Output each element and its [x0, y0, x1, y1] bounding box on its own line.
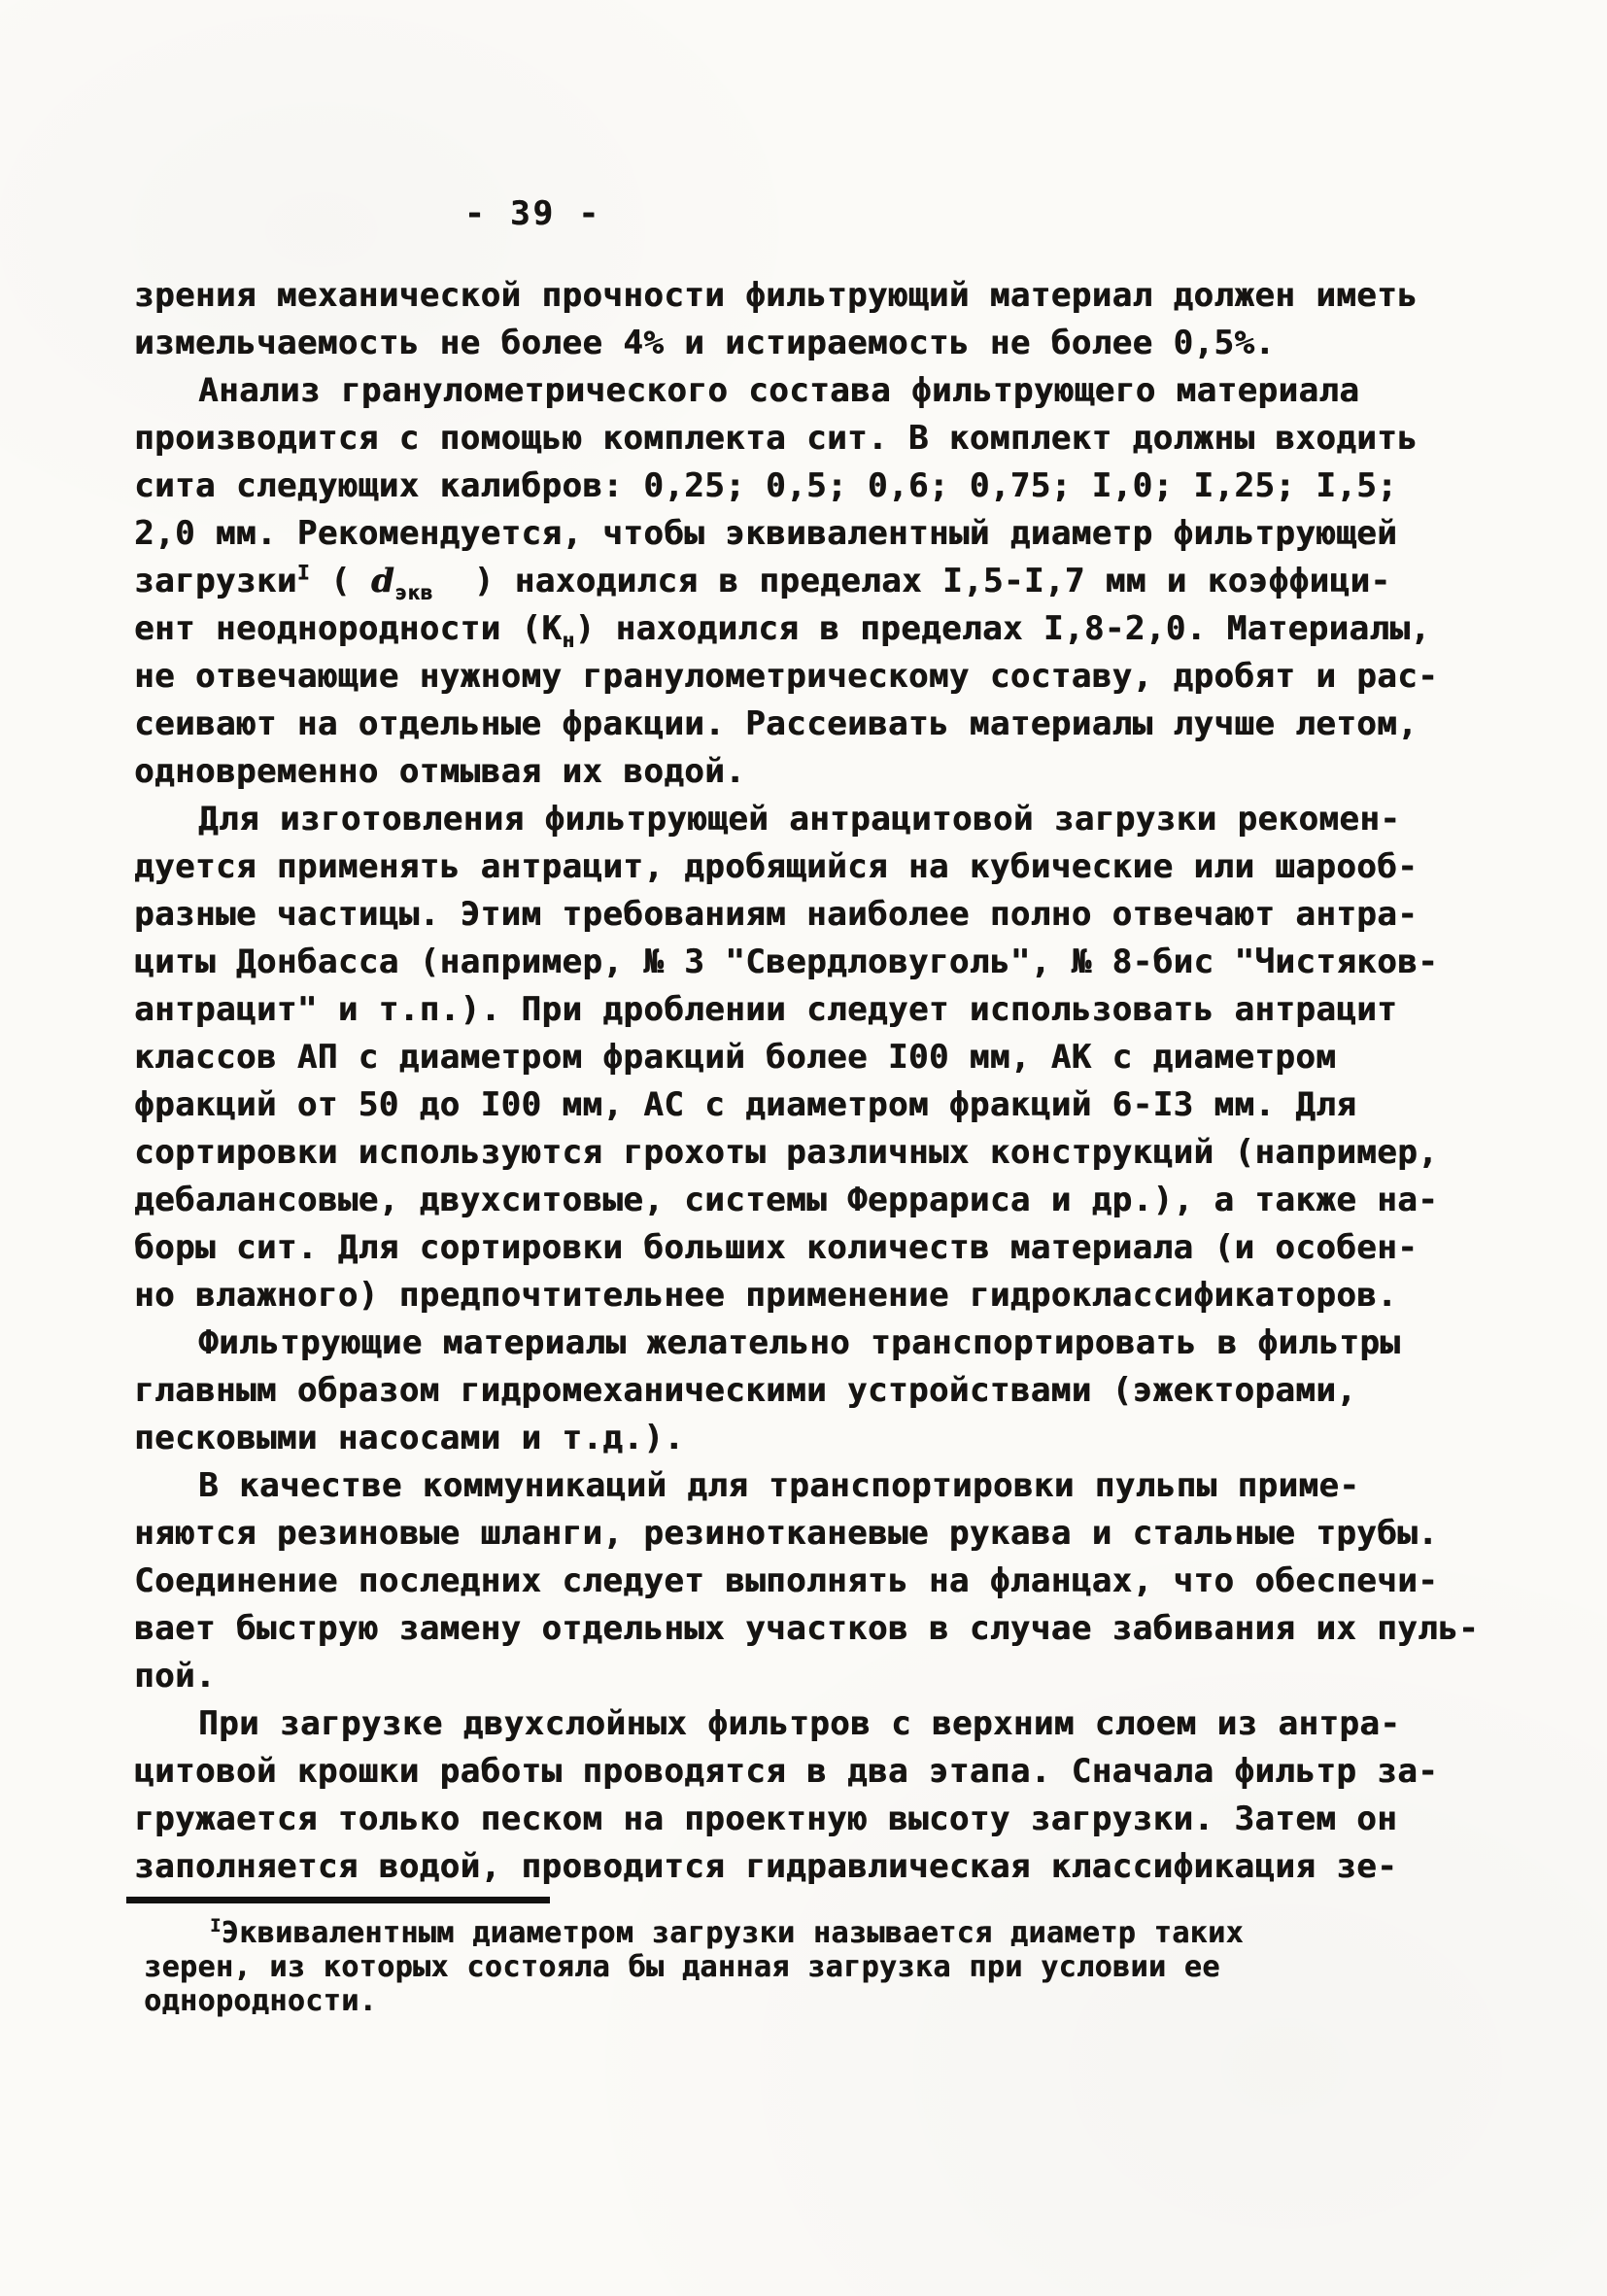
text-line: циты Донбасса (например, № 3 "Свердловуг…: [134, 939, 1523, 986]
document-page: - 39 - зрения механической прочности фил…: [0, 0, 1607, 2296]
text-line: дуется применять антрацит, дробящийся на…: [134, 843, 1523, 891]
text-line: фракций от 50 до I00 мм, АС с диаметром …: [134, 1081, 1523, 1129]
text-line: главным образом гидромеханическими устро…: [134, 1367, 1523, 1415]
text-line: однородности.: [144, 1984, 1533, 2018]
text-line: зрения механической прочности фильтрующи…: [134, 272, 1523, 320]
footnote-separator: [126, 1897, 550, 1903]
text-line: гружается только песком на проектную выс…: [134, 1796, 1523, 1843]
text-line: классов АП с диаметром фракций более I00…: [134, 1034, 1523, 1081]
text-line: пой.: [134, 1653, 1523, 1700]
text-line: Для изготовления фильтрующей антрацитово…: [134, 796, 1523, 843]
text-line: не отвечающие нужному гранулометрическом…: [134, 653, 1523, 701]
text-line: няются резиновые шланги, резинотканевые …: [134, 1510, 1523, 1558]
text-line: При загрузке двухслойных фильтров с верх…: [134, 1700, 1523, 1748]
text-line: дебалансовые, двухситовые, системы Ферра…: [134, 1177, 1523, 1224]
text-line: зерен, из которых состояла бы данная заг…: [144, 1950, 1533, 1984]
text-line: сеивают на отдельные фракции. Рассеивать…: [134, 701, 1523, 748]
text-line: сита следующих калибров: 0,25; 0,5; 0,6;…: [134, 463, 1523, 510]
text-line: боры сит. Для сортировки больших количес…: [134, 1224, 1523, 1272]
text-line: одновременно отмывая их водой.: [134, 748, 1523, 796]
body-text: зрения механической прочности фильтрующи…: [134, 272, 1523, 1891]
text-line: измельчаемость не более 4% и истираемост…: [134, 320, 1523, 367]
text-line: но влажного) предпочтительнее применение…: [134, 1272, 1523, 1319]
page-number: - 39 -: [464, 194, 601, 233]
text-line: разные частицы. Этим требованиям наиболе…: [134, 891, 1523, 939]
text-line: сортировки используются грохоты различны…: [134, 1129, 1523, 1177]
text-line: антрацит" и т.п.). При дроблении следует…: [134, 986, 1523, 1034]
text-line: Соединение последних следует выполнять н…: [134, 1558, 1523, 1605]
text-line: цитовой крошки работы проводятся в два э…: [134, 1748, 1523, 1796]
text-line: В качестве коммуникаций для транспортиро…: [134, 1462, 1523, 1510]
text-line: производится с помощью комплекта сит. В …: [134, 415, 1523, 463]
footnote-text: IЭквивалентным диаметром загрузки называ…: [144, 1916, 1533, 2018]
text-line: загрузкиI ( dэкв ) находился в пределах …: [134, 558, 1523, 605]
text-line: вает быструю замену отдельных участков в…: [134, 1605, 1523, 1653]
text-line: ент неоднородности (Кн) находился в пред…: [134, 605, 1523, 653]
text-line: IЭквивалентным диаметром загрузки называ…: [144, 1916, 1533, 1950]
text-line: Анализ гранулометрического состава фильт…: [134, 367, 1523, 415]
text-line: песковыми насосами и т.д.).: [134, 1415, 1523, 1462]
text-line: 2,0 мм. Рекомендуется, чтобы эквивалентн…: [134, 510, 1523, 558]
text-line: заполняется водой, проводится гидравличе…: [134, 1843, 1523, 1891]
text-line: Фильтрующие материалы желательно транспо…: [134, 1319, 1523, 1367]
